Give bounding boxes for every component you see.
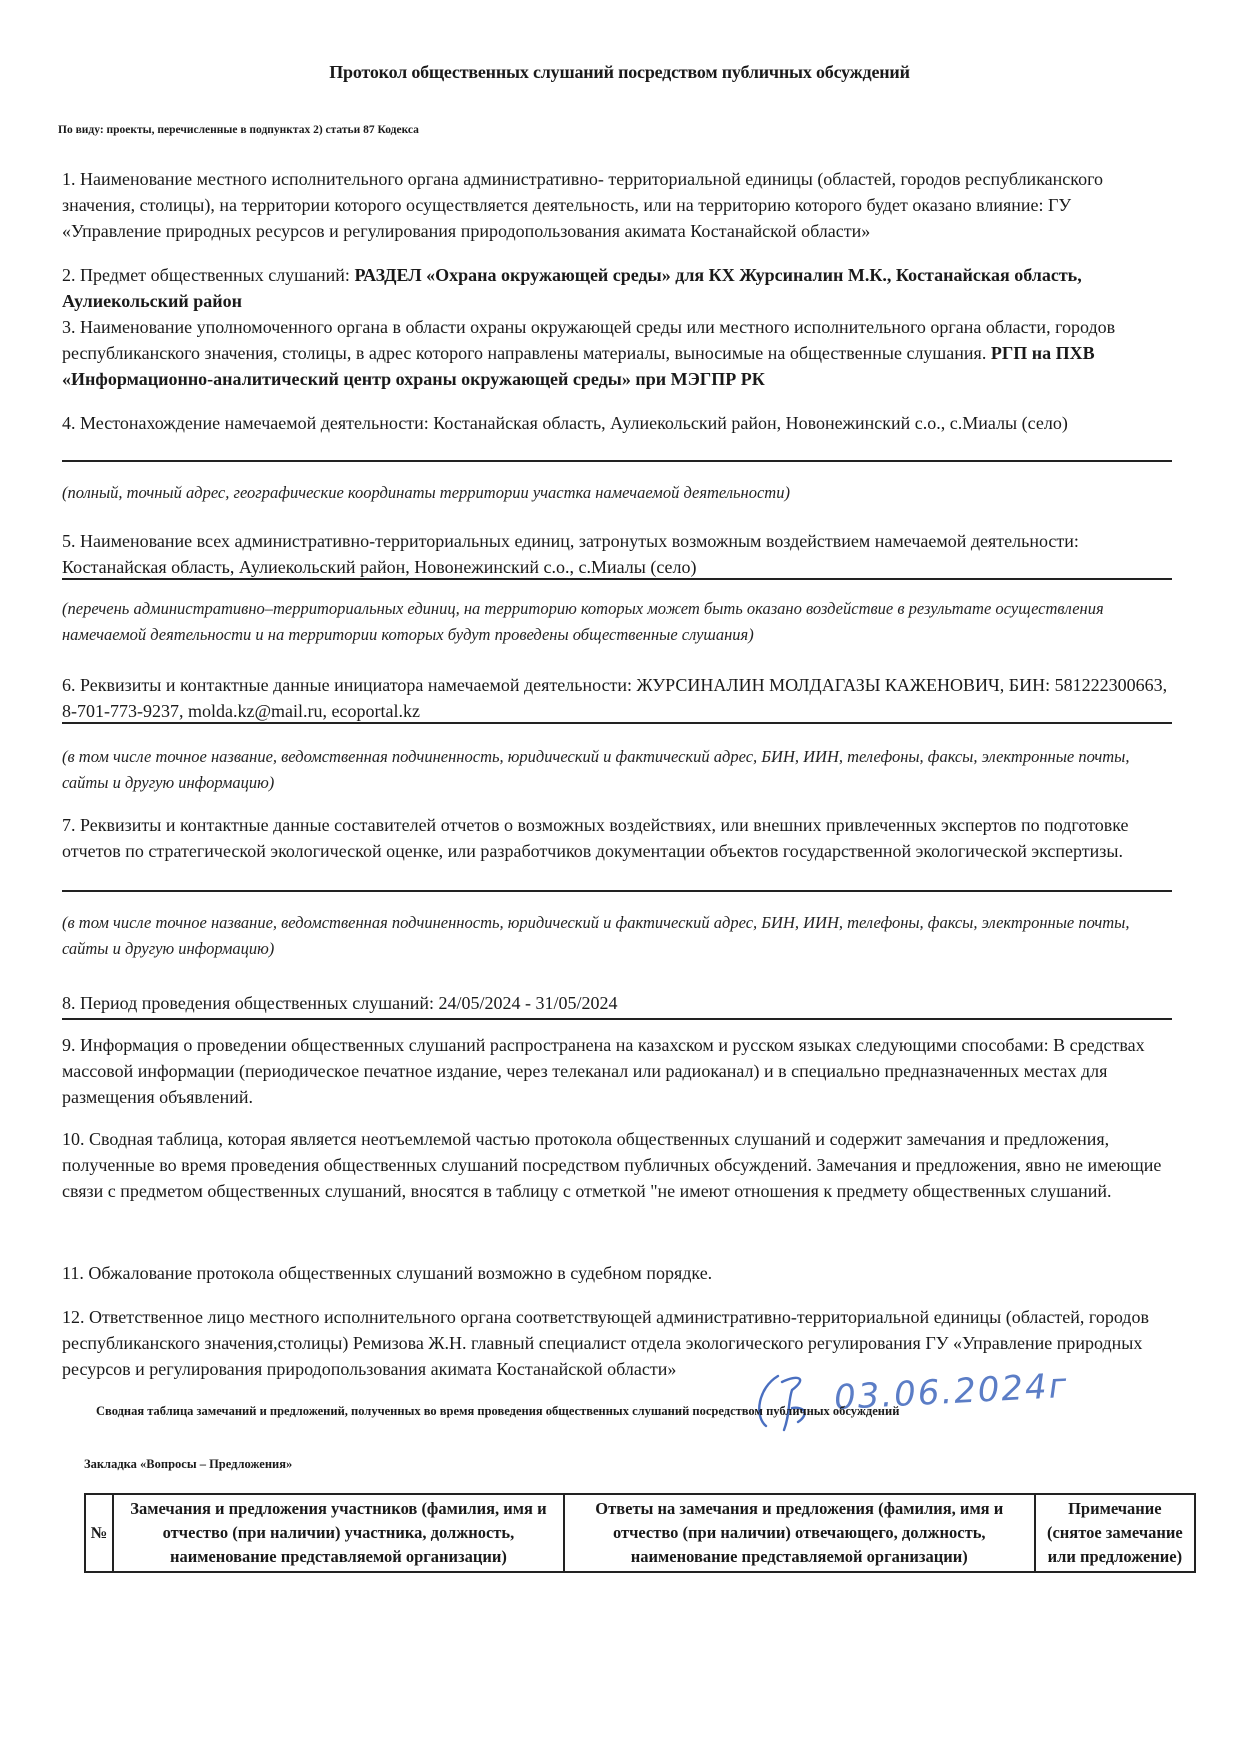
table-header-row: № Замечания и предложения участников (фа… <box>85 1494 1195 1572</box>
item-3: 3. Наименование уполномоченного органа в… <box>62 314 1172 392</box>
header-number: № <box>85 1494 113 1572</box>
divider-line <box>62 890 1172 892</box>
header-answers: Ответы на замечания и предложения (фамил… <box>564 1494 1035 1572</box>
item-5-note: (перечень административно–территориальны… <box>62 596 1172 648</box>
item-5: 5. Наименование всех административно-тер… <box>62 528 1172 580</box>
item-8: 8. Период проведения общественных слушан… <box>62 990 1172 1016</box>
item-11: 11. Обжалование протокола общественных с… <box>62 1260 1172 1286</box>
item-4-note: (полный, точный адрес, географические ко… <box>62 480 1172 506</box>
item-10: 10. Сводная таблица, которая является не… <box>62 1126 1172 1204</box>
item-3-label: 3. Наименование уполномоченного органа в… <box>62 317 1115 363</box>
document-subtitle: По виду: проекты, перечисленные в подпун… <box>58 124 419 136</box>
item-2: 2. Предмет общественных слушаний: РАЗДЕЛ… <box>62 262 1172 314</box>
divider-line <box>62 578 1172 580</box>
header-note: Примечание (снятое замечание или предлож… <box>1035 1494 1195 1572</box>
summary-table-title: Сводная таблица замечаний и предложений,… <box>96 1404 899 1419</box>
item-7-note: (в том числе точное название, ведомствен… <box>62 910 1172 962</box>
divider-line <box>62 722 1172 724</box>
item-6: 6. Реквизиты и контактные данные инициат… <box>62 672 1172 724</box>
header-comments: Замечания и предложения участников (фами… <box>113 1494 564 1572</box>
document-page: Протокол общественных слушаний посредств… <box>0 0 1239 1752</box>
item-7: 7. Реквизиты и контактные данные состави… <box>62 812 1172 864</box>
tab-label: Закладка «Вопросы – Предложения» <box>84 1457 292 1472</box>
summary-table: № Замечания и предложения участников (фа… <box>84 1493 1196 1573</box>
item-1: 1. Наименование местного исполнительного… <box>62 166 1172 244</box>
divider-line <box>62 1018 1172 1020</box>
item-9: 9. Информация о проведении общественных … <box>62 1032 1172 1110</box>
item-4: 4. Местонахождение намечаемой деятельнос… <box>62 410 1172 436</box>
item-2-label: 2. Предмет общественных слушаний: <box>62 265 354 285</box>
divider-line <box>62 460 1172 462</box>
signature-scribble-icon <box>748 1368 828 1438</box>
document-title: Протокол общественных слушаний посредств… <box>0 62 1239 83</box>
item-6-note: (в том числе точное название, ведомствен… <box>62 744 1172 796</box>
